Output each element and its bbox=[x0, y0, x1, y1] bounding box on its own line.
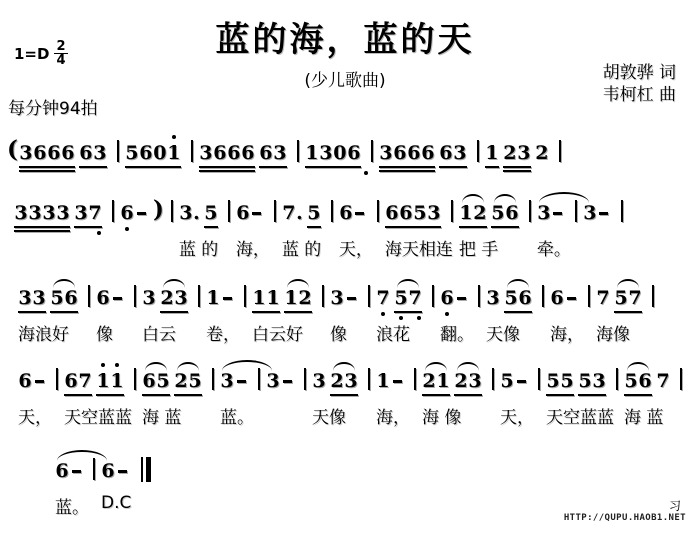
note-group: 1 bbox=[485, 132, 499, 174]
arc-slot bbox=[550, 277, 578, 286]
note-group: 57 bbox=[614, 277, 642, 319]
barline bbox=[331, 200, 333, 222]
notes-row: 6653 bbox=[385, 201, 441, 225]
barline bbox=[538, 368, 540, 390]
note: 3 bbox=[28, 201, 42, 225]
beam-underlines bbox=[385, 225, 441, 234]
note: 5 bbox=[560, 369, 574, 393]
lyric-text: 海， bbox=[376, 403, 410, 428]
note: 3 bbox=[517, 141, 531, 165]
duration-dash bbox=[115, 470, 129, 473]
beam-underlines bbox=[199, 165, 255, 174]
note: 2 bbox=[174, 369, 188, 393]
tempo-marking: 每分钟94拍 bbox=[8, 94, 98, 119]
score-line: 3333376)3.蓝 的56海，7.蓝 的56天，6653海天相连12把 手5… bbox=[14, 192, 690, 256]
note: 2 bbox=[454, 369, 468, 393]
note: 6 bbox=[550, 286, 564, 310]
low-octave-dot bbox=[364, 171, 368, 175]
beam-underlines bbox=[179, 225, 200, 234]
notes-row: 55 bbox=[546, 369, 574, 393]
note: 5 bbox=[546, 369, 560, 393]
barline bbox=[93, 458, 95, 480]
arc-slot bbox=[376, 277, 390, 286]
lyric-text: 海 像 bbox=[422, 403, 461, 428]
note-group: 56 bbox=[491, 192, 519, 234]
arc-slot bbox=[440, 277, 468, 286]
arc-slot bbox=[535, 132, 549, 141]
notes-row: 3 bbox=[266, 369, 294, 393]
arc-slot bbox=[305, 132, 361, 141]
note: 5 bbox=[504, 286, 518, 310]
note: 3 bbox=[344, 369, 358, 393]
low-octave-dot bbox=[399, 316, 403, 320]
beam-underline bbox=[74, 226, 102, 228]
barline bbox=[88, 285, 90, 307]
arc-slot bbox=[259, 132, 287, 141]
note-group: 1306 bbox=[305, 132, 361, 174]
beam-underline bbox=[160, 311, 188, 313]
notes-row: 3666 bbox=[199, 141, 255, 165]
note: 5 bbox=[188, 369, 202, 393]
note-group: 23 bbox=[330, 360, 358, 402]
note-group: 6像 bbox=[96, 277, 124, 319]
arc-slot bbox=[18, 277, 46, 286]
note: 6 bbox=[241, 141, 255, 165]
arc-slot bbox=[454, 360, 482, 369]
barline bbox=[258, 368, 260, 390]
lyric-text: 天像 bbox=[312, 403, 346, 428]
beam-underline bbox=[503, 166, 531, 168]
duration-dash bbox=[564, 297, 578, 300]
beam-underlines bbox=[284, 310, 312, 319]
barline bbox=[377, 200, 379, 222]
note: 1 bbox=[252, 286, 266, 310]
note: 1 bbox=[266, 286, 280, 310]
lyric-text: 海像 bbox=[596, 320, 630, 345]
notes-row: 63 bbox=[439, 141, 467, 165]
composer-credit: 韦柯杠 曲 bbox=[603, 84, 676, 106]
beam-underlines bbox=[220, 393, 248, 402]
note: 3 bbox=[427, 201, 441, 225]
high-octave-dot bbox=[115, 363, 119, 367]
beam-underline bbox=[546, 394, 574, 396]
note-group: 23 bbox=[454, 360, 482, 402]
beam-underline bbox=[50, 311, 78, 313]
beam-underline bbox=[379, 170, 435, 172]
barline bbox=[371, 140, 373, 162]
note: 3 bbox=[453, 141, 467, 165]
song-category: (少儿歌曲) bbox=[0, 66, 690, 91]
beam-underlines bbox=[537, 225, 565, 234]
note-group: 3天像 bbox=[486, 277, 500, 319]
arc-slot bbox=[500, 360, 528, 369]
low-octave-dot bbox=[445, 312, 449, 316]
arc-slot bbox=[339, 192, 367, 201]
arc-slot bbox=[64, 360, 92, 369]
note: 2 bbox=[330, 369, 344, 393]
arc-slot bbox=[160, 277, 188, 286]
note: 6 bbox=[259, 141, 273, 165]
beam-underlines bbox=[64, 393, 92, 402]
note: 3 bbox=[56, 201, 70, 225]
beam-underlines bbox=[125, 165, 181, 174]
note: 6 bbox=[61, 141, 75, 165]
beam-underlines bbox=[439, 165, 467, 174]
note: 6 bbox=[33, 141, 47, 165]
lyric-text: 翻。 bbox=[440, 320, 474, 345]
note: 1 bbox=[305, 141, 319, 165]
beam-underlines bbox=[18, 310, 46, 319]
tie-arc bbox=[222, 360, 272, 371]
note: 6 bbox=[64, 369, 78, 393]
note-group: 7 bbox=[656, 360, 670, 402]
note: 6 bbox=[518, 286, 532, 310]
notes-row: 6 bbox=[236, 201, 264, 225]
watermark-glyph: 习 bbox=[669, 497, 681, 514]
note-group: 63 bbox=[79, 132, 107, 174]
note-group: 3像 bbox=[330, 277, 358, 319]
lyric-text: 天像 bbox=[486, 320, 520, 345]
beam-underline bbox=[305, 166, 361, 168]
notes-row: 6 bbox=[55, 459, 83, 483]
barline bbox=[274, 200, 276, 222]
beam-underline bbox=[79, 166, 107, 168]
duration-dash bbox=[597, 212, 611, 215]
note: 6 bbox=[139, 141, 153, 165]
note: 6 bbox=[142, 369, 156, 393]
notes-row: 23 bbox=[454, 369, 482, 393]
note: 7 bbox=[282, 201, 296, 225]
arc-slot bbox=[459, 192, 487, 201]
barline bbox=[322, 285, 324, 307]
arc-slot bbox=[142, 360, 170, 369]
notes-row: 67 bbox=[64, 369, 92, 393]
beam-underlines bbox=[174, 393, 202, 402]
beam-underline bbox=[18, 311, 46, 313]
note: 5 bbox=[624, 369, 638, 393]
note: 6 bbox=[347, 141, 361, 165]
barline bbox=[117, 140, 119, 162]
beam-underlines bbox=[578, 393, 606, 402]
lyric-text: 天空蓝蓝 bbox=[546, 403, 614, 428]
lyric-text: 蓝 的 bbox=[282, 235, 321, 260]
lyric-text: 天， bbox=[18, 403, 52, 428]
beam-underlines bbox=[266, 393, 294, 402]
lyric-text: 蓝。 bbox=[220, 403, 254, 428]
notes-row: 3 bbox=[312, 369, 326, 393]
note: 1 bbox=[436, 369, 450, 393]
notes-row: 65 bbox=[142, 369, 170, 393]
beam-underline bbox=[204, 226, 218, 228]
lyric-text: 白云 bbox=[142, 320, 176, 345]
beam-underline bbox=[454, 394, 482, 396]
barline bbox=[112, 200, 114, 222]
duration-dash bbox=[134, 212, 148, 215]
key-signature: 1=D 2 4 bbox=[14, 40, 68, 67]
note-group: 7浪花 bbox=[376, 277, 390, 319]
note: 5 bbox=[156, 369, 170, 393]
note: 3 bbox=[379, 141, 393, 165]
notes-row: 23 bbox=[330, 369, 358, 393]
note-group: 6 bbox=[120, 192, 148, 234]
final-barline bbox=[141, 457, 151, 482]
arc-slot bbox=[18, 360, 46, 369]
note-group: 1卷， bbox=[206, 277, 234, 319]
beam-underlines bbox=[19, 165, 75, 174]
note: 6 bbox=[440, 286, 454, 310]
beam-underline bbox=[491, 226, 519, 228]
note-group: 25 bbox=[174, 360, 202, 402]
score-line: 6天，67天空蓝蓝1165海 蓝253蓝。33天像231海，21海 像235天，… bbox=[18, 360, 690, 424]
note-group: 3天像 bbox=[312, 360, 326, 402]
beam-underlines bbox=[236, 225, 264, 234]
arc-slot bbox=[50, 277, 78, 286]
note: 2 bbox=[298, 286, 312, 310]
lyric-text: D.C bbox=[101, 493, 131, 513]
beam-underlines bbox=[376, 393, 404, 402]
arc-slot bbox=[220, 360, 248, 369]
note: 3 bbox=[220, 369, 234, 393]
note-group: 5601 bbox=[125, 132, 181, 174]
lyric-text: 牵。 bbox=[537, 235, 571, 260]
notes-row: 23 bbox=[503, 141, 531, 165]
note: 3 bbox=[583, 201, 597, 225]
beam-underlines bbox=[624, 393, 652, 402]
notes-row: 56 bbox=[50, 286, 78, 310]
arc-slot bbox=[546, 360, 574, 369]
notes-row: 56 bbox=[491, 201, 519, 225]
note: 7 bbox=[656, 369, 670, 393]
beam-underlines bbox=[422, 393, 450, 402]
beam-underline bbox=[624, 394, 652, 396]
note: 1 bbox=[110, 369, 124, 393]
high-octave-dot bbox=[172, 135, 176, 139]
notes-row: 33 bbox=[18, 286, 46, 310]
arc-slot bbox=[503, 132, 531, 141]
arc-slot bbox=[204, 192, 218, 201]
note-group: 6653海天相连 bbox=[385, 192, 441, 234]
note-group: 3牵。 bbox=[537, 192, 565, 234]
duration-dash bbox=[220, 297, 234, 300]
lyric-text: 天， bbox=[339, 235, 373, 260]
duration-dash bbox=[250, 212, 264, 215]
beam-underlines bbox=[204, 225, 218, 234]
arc-slot bbox=[439, 132, 467, 141]
meter-denominator: 4 bbox=[56, 54, 65, 67]
lyric-text: 天空蓝蓝 bbox=[64, 403, 132, 428]
note-group: 6蓝。 bbox=[55, 450, 83, 492]
duration-dash bbox=[280, 380, 294, 383]
arc-slot bbox=[379, 132, 435, 141]
note: 6 bbox=[55, 459, 69, 483]
notes-row: 1 bbox=[485, 141, 499, 165]
note: 6 bbox=[407, 141, 421, 165]
beam-underline bbox=[14, 230, 70, 232]
beam-underlines bbox=[282, 225, 303, 234]
note-group: 57 bbox=[394, 277, 422, 319]
note-group: 23 bbox=[160, 277, 188, 319]
notes-row: 25 bbox=[174, 369, 202, 393]
beam-underlines bbox=[206, 310, 234, 319]
arc-slot bbox=[142, 277, 156, 286]
notes-row: 2 bbox=[535, 141, 549, 165]
barline bbox=[588, 285, 590, 307]
augmentation-dot: . bbox=[296, 203, 303, 223]
score-body: (3666635601366663130636666312323333376)3… bbox=[0, 132, 690, 514]
note-group: 6海， bbox=[236, 192, 264, 234]
arc-slot bbox=[74, 192, 102, 201]
note: 3 bbox=[18, 286, 32, 310]
note: 6 bbox=[64, 286, 78, 310]
note-group: 6天， bbox=[18, 360, 46, 402]
note: 5 bbox=[394, 286, 408, 310]
note: 7 bbox=[88, 201, 102, 225]
note: 3 bbox=[330, 286, 344, 310]
notes-row: 11 bbox=[252, 286, 280, 310]
note: 3 bbox=[19, 141, 33, 165]
note: 5 bbox=[500, 369, 514, 393]
watermark-url: HTTP://QUPU.HAOB1.NET bbox=[564, 513, 686, 523]
note: 1 bbox=[376, 369, 390, 393]
beam-underlines bbox=[596, 310, 610, 319]
arc-slot bbox=[55, 450, 83, 459]
beam-underline bbox=[379, 166, 435, 168]
notes-row: 3 bbox=[486, 286, 500, 310]
note-group: 5 bbox=[204, 192, 218, 234]
arc-slot bbox=[19, 132, 75, 141]
duration-dash bbox=[110, 297, 124, 300]
page-title: 蓝的海，蓝的天 bbox=[0, 12, 690, 61]
notes-row: 3333 bbox=[14, 201, 70, 225]
barline bbox=[575, 200, 577, 222]
note-group: 1海， bbox=[376, 360, 404, 402]
note: 6 bbox=[399, 201, 413, 225]
note: 6 bbox=[638, 369, 652, 393]
notes-row: 6 bbox=[101, 459, 129, 483]
beam-underlines bbox=[96, 393, 124, 402]
notes-row: 12 bbox=[284, 286, 312, 310]
note-group: 6海， bbox=[550, 277, 578, 319]
arc-slot bbox=[307, 192, 321, 201]
note: 7 bbox=[596, 286, 610, 310]
notes-row: 3 bbox=[537, 201, 565, 225]
notes-row: 21 bbox=[422, 369, 450, 393]
arc-slot bbox=[485, 132, 499, 141]
note: 5 bbox=[413, 201, 427, 225]
duration-dash bbox=[353, 212, 367, 215]
note: 6 bbox=[79, 141, 93, 165]
note: 5 bbox=[578, 369, 592, 393]
notes-row: 3. bbox=[179, 201, 200, 225]
key-label: 1=D bbox=[14, 45, 49, 63]
note-group: 63 bbox=[259, 132, 287, 174]
note: 6 bbox=[505, 201, 519, 225]
barline bbox=[134, 368, 136, 390]
duration-dash bbox=[390, 380, 404, 383]
lyric-text: 蓝。 bbox=[55, 493, 89, 518]
note: 6 bbox=[227, 141, 241, 165]
parenthesis: ) bbox=[153, 198, 164, 222]
note-group: 3666 bbox=[379, 132, 435, 174]
note-group: 67天空蓝蓝 bbox=[64, 360, 92, 402]
time-signature: 2 4 bbox=[54, 40, 67, 67]
beam-underline bbox=[330, 394, 358, 396]
beam-underlines bbox=[459, 225, 487, 234]
barline bbox=[368, 368, 370, 390]
lyric-text: 白云好 bbox=[252, 320, 303, 345]
note-group: 7海像 bbox=[596, 277, 610, 319]
notes-row: 5601 bbox=[125, 141, 181, 165]
note: 3 bbox=[468, 369, 482, 393]
duration-dash bbox=[344, 297, 358, 300]
notes-row: 6 bbox=[96, 286, 124, 310]
beam-underlines bbox=[339, 225, 367, 234]
beam-underlines bbox=[160, 310, 188, 319]
score-line: 33海浪好566像3白云231卷，11白云好123像7浪花576翻。3天像566… bbox=[18, 277, 690, 341]
note: 1 bbox=[459, 201, 473, 225]
note: 3 bbox=[486, 286, 500, 310]
beam-underlines bbox=[583, 225, 611, 234]
arc-slot bbox=[14, 192, 70, 201]
beam-underlines bbox=[454, 393, 482, 402]
beam-underlines bbox=[259, 165, 287, 174]
notes-row: 7. bbox=[282, 201, 303, 225]
beam-underlines bbox=[142, 393, 170, 402]
notes-row: 5 bbox=[307, 201, 321, 225]
note-group: 55天空蓝蓝 bbox=[546, 360, 574, 402]
tie-arc bbox=[539, 192, 589, 203]
arc-slot bbox=[614, 277, 642, 286]
note: 6 bbox=[47, 141, 61, 165]
note-group: 2 bbox=[535, 132, 549, 174]
duration-dash bbox=[69, 470, 83, 473]
note-group: 12把 手 bbox=[459, 192, 487, 234]
note: 2 bbox=[422, 369, 436, 393]
note-group: 11白云好 bbox=[252, 277, 280, 319]
note-group: 3蓝。 bbox=[220, 360, 248, 402]
note-group: 56 bbox=[504, 277, 532, 319]
meter-numerator: 2 bbox=[54, 40, 67, 54]
beam-underline bbox=[259, 166, 287, 168]
beam-underlines bbox=[486, 310, 500, 319]
note-group: 23 bbox=[503, 132, 531, 174]
beam-underline bbox=[485, 166, 499, 168]
note-group: 5天， bbox=[500, 360, 528, 402]
beam-underlines bbox=[14, 225, 70, 234]
notes-row: 3 bbox=[220, 369, 248, 393]
note-group: 21海 像 bbox=[422, 360, 450, 402]
note-group: 3666 bbox=[19, 132, 75, 174]
notes-row: 3 bbox=[583, 201, 611, 225]
notes-row: 6 bbox=[120, 201, 148, 225]
note-group: 11 bbox=[96, 360, 124, 402]
tie-arc bbox=[57, 450, 107, 461]
notes-row: 23 bbox=[160, 286, 188, 310]
note: 1 bbox=[284, 286, 298, 310]
note-group: 37 bbox=[74, 192, 102, 234]
lyric-text: 蓝 的 bbox=[179, 235, 218, 260]
beam-underline bbox=[614, 311, 642, 313]
note-group: 6天， bbox=[339, 192, 367, 234]
beam-underlines bbox=[379, 165, 435, 174]
note-group: 5 bbox=[307, 192, 321, 234]
note-group: 6翻。 bbox=[440, 277, 468, 319]
note: 1 bbox=[96, 369, 110, 393]
beam-underlines bbox=[18, 393, 46, 402]
barline bbox=[368, 285, 370, 307]
duration-dash bbox=[551, 212, 565, 215]
notes-row: 11 bbox=[96, 369, 124, 393]
